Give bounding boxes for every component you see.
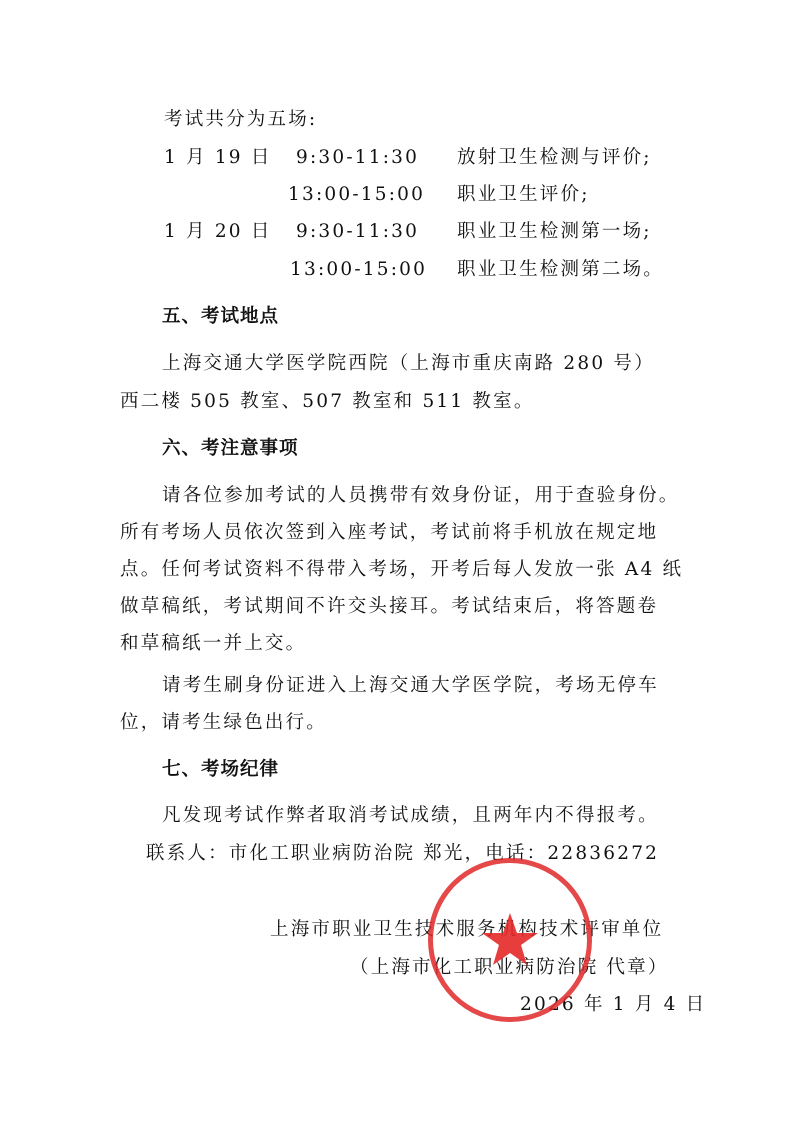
section6-text: 点。任何考试资料不得带入考场，开考后每人发放一张 A4 纸 bbox=[120, 558, 683, 582]
signature-proxy: （上海市化工职业病防治院 代章） bbox=[350, 956, 669, 980]
schedule-time: 9:30-11:30 bbox=[296, 146, 419, 170]
schedule-subject: 放射卫生检测与评价; bbox=[457, 146, 652, 170]
section5-line: 西二楼 505 教室、507 教室和 511 教室。 bbox=[120, 390, 535, 414]
signature-org: 上海市职业卫生技术服务机构技术评审单位 bbox=[270, 918, 663, 942]
schedule-time: 13:00-15:00 bbox=[288, 183, 425, 207]
schedule-time: 13:00-15:00 bbox=[290, 258, 427, 282]
section7-text: 凡发现考试作弊者取消考试成绩，且两年内不得报考。 bbox=[162, 804, 659, 828]
section5-heading: 五、考试地点 bbox=[162, 305, 279, 329]
section6-text: 请各位参加考试的人员携带有效身份证，用于查验身份。 bbox=[162, 484, 680, 508]
signature-date: 2026 年 1 月 4 日 bbox=[520, 993, 706, 1017]
schedule-intro: 考试共分为五场: bbox=[164, 108, 317, 132]
section7-heading: 七、考场纪律 bbox=[162, 758, 279, 782]
section6-text: 和草稿纸一并上交。 bbox=[120, 632, 306, 656]
section5-line: 上海交通大学医学院西院（上海市重庆南路 280 号） bbox=[162, 352, 655, 376]
section6-text: 位，请考生绿色出行。 bbox=[120, 711, 327, 735]
schedule-subject: 职业卫生检测第二场。 bbox=[457, 258, 664, 282]
schedule-subject: 职业卫生检测第一场; bbox=[457, 220, 652, 244]
section6-text: 所有考场人员依次签到入座考试，考试前将手机放在规定地 bbox=[120, 521, 658, 545]
section6-heading: 六、考注意事项 bbox=[162, 437, 299, 461]
schedule-subject: 职业卫生评价; bbox=[457, 183, 590, 207]
schedule-time: 9:30-11:30 bbox=[296, 220, 419, 244]
contact-line: 联系人：市化工职业病防治院 郑光，电话：22836272 bbox=[146, 842, 659, 866]
section6-text: 请考生刷身份证进入上海交通大学医学院，考场无停车 bbox=[162, 674, 659, 698]
section6-text: 做草稿纸，考试期间不许交头接耳。考试结束后，将答题卷 bbox=[120, 595, 658, 619]
schedule-date: 1 月 20 日 bbox=[164, 220, 272, 244]
schedule-date: 1 月 19 日 bbox=[164, 146, 272, 170]
